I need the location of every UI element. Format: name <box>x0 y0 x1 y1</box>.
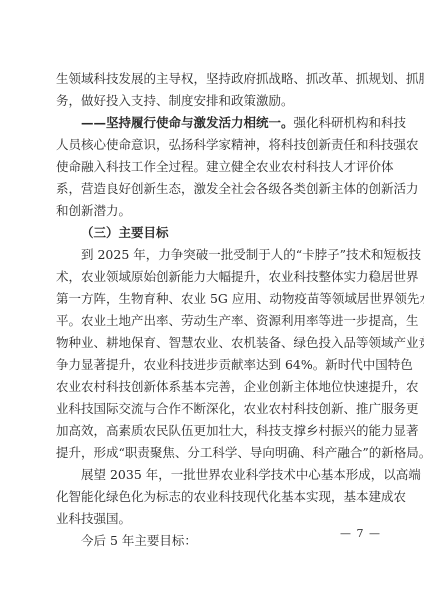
text-line: 物种业、耕地保育、智慧农业、农机装备、绿色投入品等领域产业竞 <box>56 332 370 354</box>
text-run: 强化科研机构和科技 <box>294 115 407 130</box>
text-line: 人员核心使命意识，弘扬科学家精神，将科技创新责任和科技强农 <box>56 134 370 156</box>
text-line: 今后 5 年主要目标： <box>56 530 370 552</box>
text-line: 使命融入科技工作全过程。建立健全农业农村科技人才评价体 <box>56 156 370 178</box>
text-line: 提升，形成“职责聚焦、分工科学、导向明确、科产融合”的新格局。 <box>56 442 370 464</box>
text-line: 第一方阵，生物育种、农业 5G 应用、动物疫苗等领域居世界领先水 <box>56 288 370 310</box>
page-number: — 7 — <box>340 527 381 540</box>
text-line: 加高效，高素质农民队伍更加壮大，科技支撑乡村振兴的能力显著 <box>56 420 370 442</box>
text-line: 系，营造良好创新生态，激发全社会各级各类创新主体的创新活力 <box>56 178 370 200</box>
document-page: 生领域科技发展的主导权，坚持政府抓战略、抓改革、抓规划、抓服 务，做好投入支持、… <box>56 68 370 552</box>
text-line: 生领域科技发展的主导权，坚持政府抓战略、抓改革、抓规划、抓服 <box>56 68 370 90</box>
text-line: 到 2025 年，力争突破一批受制于人的“卡脖子”技术和短板技 <box>56 244 370 266</box>
text-line: 平。农业土地产出率、劳动生产率、资源利用率等进一步提高，生 <box>56 310 370 332</box>
principle-heading: ——坚持履行使命与激发活力相统一。 <box>81 115 294 130</box>
text-line: 业科技强国。 <box>56 508 370 530</box>
text-line: 业科技国际交流与合作不断深化，农业农村科技创新、推广服务更 <box>56 398 370 420</box>
text-line: 术，农业领域原始创新能力大幅提升，农业科技整体实力稳居世界 <box>56 266 370 288</box>
text-line: ——坚持履行使命与激发活力相统一。强化科研机构和科技 <box>56 112 370 134</box>
text-line: 展望 2035 年，一批世界农业科学技术中心基本形成，以高端 <box>56 464 370 486</box>
text-line: 和创新潜力。 <box>56 200 370 222</box>
text-line: 农业农村科技创新体系基本完善，企业创新主体地位快速提升，农 <box>56 376 370 398</box>
section-heading: （三）主要目标 <box>56 222 370 244</box>
text-line: 化智能化绿色化为标志的农业科技现代化基本实现，基本建成农 <box>56 486 370 508</box>
text-line: 争力显著提升，农业科技进步贡献率达到 64%。新时代中国特色 <box>56 354 370 376</box>
text-line: 务，做好投入支持、制度安排和政策激励。 <box>56 90 370 112</box>
